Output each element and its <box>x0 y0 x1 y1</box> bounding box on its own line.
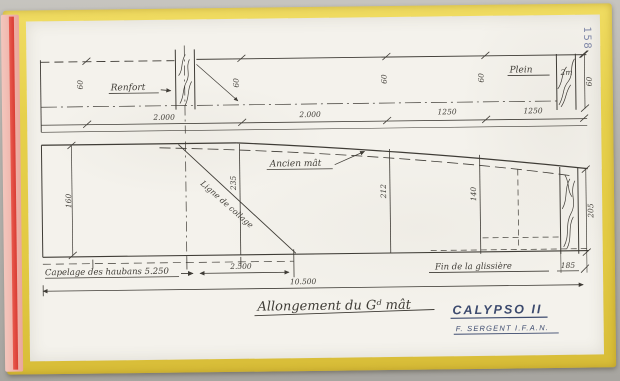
plein-detail: Plein 2m <box>507 51 589 113</box>
dim-10500: 10.500 <box>290 277 317 286</box>
ligne-collage-label: Ligne de collage <box>198 178 255 230</box>
dim-60-1: 60 <box>76 80 85 90</box>
ancien-mat-label: Ancien mât <box>269 158 322 170</box>
dim-1250-1: 1250 <box>437 107 456 116</box>
drawing-title: Allongement du Gᵈ mât <box>256 298 411 315</box>
dim-212: 212 <box>379 184 388 200</box>
corner-page-number: 158 <box>581 27 592 51</box>
dim-60-3: 60 <box>380 74 389 84</box>
dim-1250-2: 1250 <box>523 106 542 115</box>
paper-assembly: Renfort Plein 2m 60 60 60 60 60 <box>0 0 620 381</box>
title-block: Allongement du Gᵈ mât CALYPSO II F. SERG… <box>254 296 558 337</box>
dim-2500: 2.500 <box>229 262 252 271</box>
dim-60-2: 60 <box>232 78 241 88</box>
dim-140: 140 <box>469 187 478 202</box>
capelage-label: Capelage des haubans 5.250 <box>45 267 170 279</box>
mast-profile <box>41 136 590 264</box>
dim-2000-1: 2.000 <box>152 113 175 122</box>
vessel-name: CALYPSO II <box>452 302 542 317</box>
bottom-dimensions: Capelage des haubans 5.250 2.500 10.500 … <box>43 246 589 297</box>
architect-name: F. SERGENT I.F.A.N. <box>456 323 549 333</box>
dim-205: 205 <box>586 203 595 219</box>
fin-glissiere-label: Fin de la glissière <box>434 261 512 273</box>
dim-2000-2: 2.000 <box>298 110 321 119</box>
scanned-drawing: Renfort Plein 2m 60 60 60 60 60 <box>0 0 620 381</box>
plein-label: Plein <box>508 65 532 75</box>
drawing-svg: Renfort Plein 2m 60 60 60 60 60 <box>0 0 620 381</box>
renfort-label: Renfort <box>110 83 146 93</box>
dim-185: 185 <box>561 261 576 270</box>
dim-160: 160 <box>64 194 73 209</box>
plein-thickness-label: 2m <box>560 68 573 77</box>
dim-60-4: 60 <box>477 73 486 83</box>
dim-235: 235 <box>229 176 238 192</box>
dim-60-plein: 60 <box>585 77 594 87</box>
